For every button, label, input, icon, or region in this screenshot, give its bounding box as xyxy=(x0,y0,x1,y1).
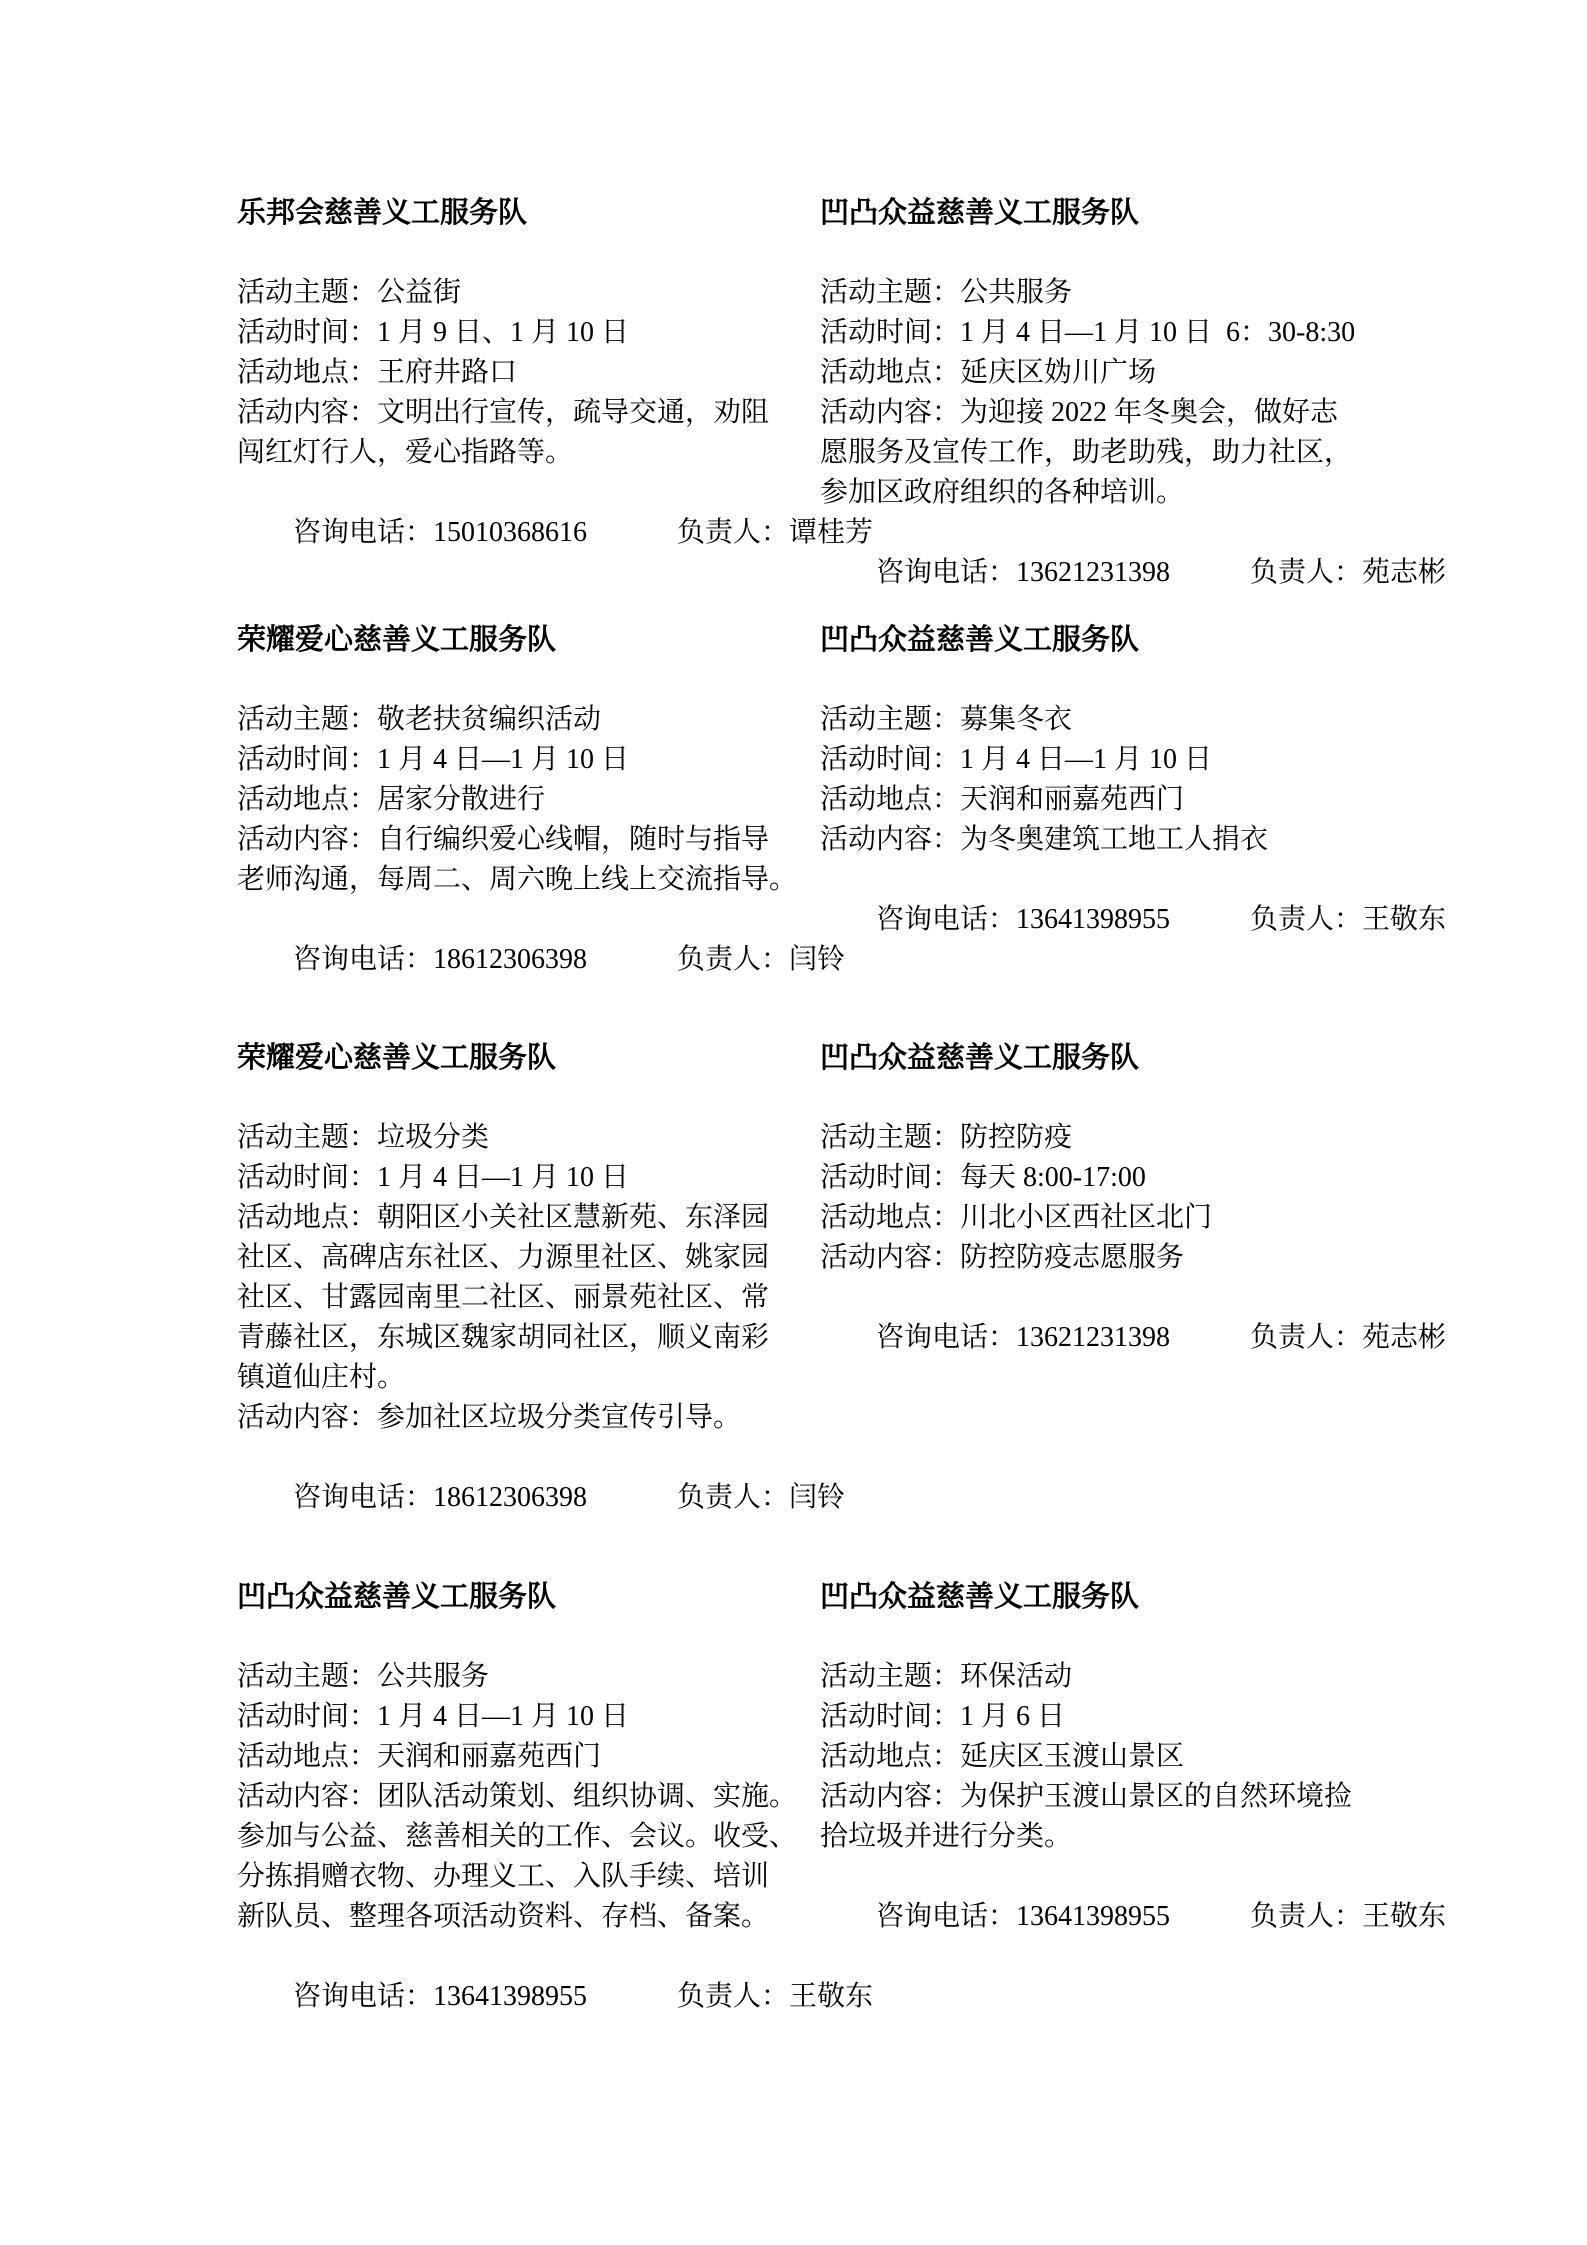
body-line: 社区、甘露园南里二社区、丽景苑社区、常 xyxy=(237,1278,845,1318)
contact-label: 负责人： xyxy=(1250,904,1362,935)
phone-group: 咨询电话：18612306398 xyxy=(237,900,587,1020)
body-line: 活动主题：环保活动 xyxy=(820,1657,1446,1697)
team-title: 荣耀爱心慈善义工服务队 xyxy=(237,620,845,660)
body-line: 老师沟通，每周二、周六晚上线上交流指导。 xyxy=(237,860,845,900)
block-body: 活动主题：敬老扶贫编织活动活动时间：1 月 4 日—1 月 10 日活动地点：居… xyxy=(237,700,845,900)
body-line: 新队员、整理各项活动资料、存档、备案。 xyxy=(237,1897,873,1937)
body-line: 活动地点：延庆区妫川广场 xyxy=(820,353,1446,393)
contact-label: 负责人： xyxy=(1250,557,1362,588)
phone-group: 咨询电话：13641398955 xyxy=(820,1857,1170,1977)
phone-number: 15010368616 xyxy=(433,517,587,548)
block-body: 活动主题：公益街活动时间：1 月 9 日、1 月 10 日活动地点：王府井路口活… xyxy=(237,273,873,473)
contact-group: 负责人：闫铃 xyxy=(621,900,845,1020)
contact-name: 王敬东 xyxy=(1362,904,1446,935)
contact-group: 负责人：苑志彬 xyxy=(1194,1278,1446,1398)
phone-label: 咨询电话： xyxy=(293,1981,433,2012)
phone-label: 咨询电话： xyxy=(876,1322,1016,1353)
team-title: 凹凸众益慈善义工服务队 xyxy=(820,1038,1446,1078)
phone-number: 18612306398 xyxy=(433,1482,587,1513)
block-body: 活动主题：垃圾分类活动时间：1 月 4 日—1 月 10 日活动地点：朝阳区小关… xyxy=(237,1118,845,1438)
block-body: 活动主题：公共服务活动时间：1 月 4 日—1 月 10 日 6：30-8:30… xyxy=(820,273,1446,513)
phone-label: 咨询电话： xyxy=(293,517,433,548)
contact-line: 咨询电话：13641398955 负责人：王敬东 xyxy=(237,1937,873,2057)
contact-label: 负责人： xyxy=(677,517,789,548)
team-title: 凹凸众益慈善义工服务队 xyxy=(820,193,1446,233)
service-team-block: 凹凸众益慈善义工服务队 活动主题：防控防疫活动时间：每天 8:00-17:00活… xyxy=(820,1038,1446,1398)
contact-label: 负责人： xyxy=(677,1981,789,2012)
block-body: 活动主题：募集冬衣活动时间：1 月 4 日—1 月 10 日活动地点：天润和丽嘉… xyxy=(820,700,1446,860)
contact-line: 咨询电话：13641398955 负责人：王敬东 xyxy=(820,1857,1446,1977)
block-body: 活动主题：公共服务活动时间：1 月 4 日—1 月 10 日活动地点：天润和丽嘉… xyxy=(237,1657,873,1937)
service-team-block: 乐邦会慈善义工服务队 活动主题：公益街活动时间：1 月 9 日、1 月 10 日… xyxy=(237,193,873,593)
body-line: 活动内容：为迎接 2022 年冬奥会，做好志 xyxy=(820,393,1446,433)
contact-line: 咨询电话：13641398955 负责人：王敬东 xyxy=(820,860,1446,980)
contact-line: 咨询电话：15010368616 负责人：谭桂芳 xyxy=(237,473,873,593)
body-line: 拾垃圾并进行分类。 xyxy=(820,1817,1446,1857)
body-line: 活动时间：1 月 6 日 xyxy=(820,1697,1446,1737)
body-line: 活动主题：公共服务 xyxy=(820,273,1446,313)
contact-label: 负责人： xyxy=(1250,1901,1362,1932)
service-team-block: 凹凸众益慈善义工服务队 活动主题：环保活动活动时间：1 月 6 日活动地点：延庆… xyxy=(820,1577,1446,1977)
body-line: 闯红灯行人，爱心指路等。 xyxy=(237,433,873,473)
body-line: 活动地点：川北小区西社区北门 xyxy=(820,1198,1446,1238)
team-title: 凹凸众益慈善义工服务队 xyxy=(237,1577,873,1617)
body-line: 活动主题：垃圾分类 xyxy=(237,1118,845,1158)
body-line: 活动时间：1 月 4 日—1 月 10 日 xyxy=(820,740,1446,780)
phone-number: 13621231398 xyxy=(1016,557,1170,588)
body-line: 活动内容：防控防疫志愿服务 xyxy=(820,1238,1446,1278)
body-line: 活动时间：1 月 4 日—1 月 10 日 xyxy=(237,740,845,780)
contact-name: 王敬东 xyxy=(789,1981,873,2012)
phone-group: 咨询电话：13621231398 xyxy=(820,513,1170,633)
contact-name: 闫铃 xyxy=(789,1482,845,1513)
team-title: 乐邦会慈善义工服务队 xyxy=(237,193,873,233)
phone-number: 13641398955 xyxy=(1016,1901,1170,1932)
body-line: 活动主题：公共服务 xyxy=(237,1657,873,1697)
contact-label: 负责人： xyxy=(677,944,789,975)
body-line: 活动内容：自行编织爱心线帽，随时与指导 xyxy=(237,820,845,860)
body-line: 活动时间：1 月 4 日—1 月 10 日 xyxy=(237,1158,845,1198)
body-line: 活动内容：为冬奥建筑工地工人捐衣 xyxy=(820,820,1446,860)
body-line: 愿服务及宣传工作，助老助残，助力社区， xyxy=(820,433,1446,473)
phone-number: 18612306398 xyxy=(433,944,587,975)
body-line: 活动地点：朝阳区小关社区慧新苑、东泽园 xyxy=(237,1198,845,1238)
phone-label: 咨询电话： xyxy=(293,1482,433,1513)
body-line: 活动时间：1 月 9 日、1 月 10 日 xyxy=(237,313,873,353)
contact-name: 苑志彬 xyxy=(1362,557,1446,588)
contact-group: 负责人：王敬东 xyxy=(1194,860,1446,980)
body-line: 参加区政府组织的各种培训。 xyxy=(820,473,1446,513)
phone-number: 13641398955 xyxy=(433,1981,587,2012)
body-line: 青藤社区，东城区魏家胡同社区，顺义南彩 xyxy=(237,1318,845,1358)
body-line: 活动时间：1 月 4 日—1 月 10 日 xyxy=(237,1697,873,1737)
body-line: 社区、高碑店东社区、力源里社区、姚家园 xyxy=(237,1238,845,1278)
team-title: 凹凸众益慈善义工服务队 xyxy=(820,620,1446,660)
phone-group: 咨询电话：13641398955 xyxy=(237,1937,587,2057)
body-line: 活动主题：公益街 xyxy=(237,273,873,313)
team-title: 荣耀爱心慈善义工服务队 xyxy=(237,1038,845,1078)
body-line: 活动主题：敬老扶贫编织活动 xyxy=(237,700,845,740)
phone-group: 咨询电话：18612306398 xyxy=(237,1438,587,1558)
contact-name: 苑志彬 xyxy=(1362,1322,1446,1353)
body-line: 镇道仙庄村。 xyxy=(237,1358,845,1398)
body-line: 活动内容：团队活动策划、组织协调、实施。 xyxy=(237,1777,873,1817)
contact-line: 咨询电话：13621231398 负责人：苑志彬 xyxy=(820,513,1446,633)
body-line: 参加与公益、慈善相关的工作、会议。收受、 xyxy=(237,1817,873,1857)
body-line: 活动主题：防控防疫 xyxy=(820,1118,1446,1158)
contact-line: 咨询电话：18612306398 负责人：闫铃 xyxy=(237,900,845,1020)
body-line: 活动时间：每天 8:00-17:00 xyxy=(820,1158,1446,1198)
service-team-block: 凹凸众益慈善义工服务队 活动主题：募集冬衣活动时间：1 月 4 日—1 月 10… xyxy=(820,620,1446,980)
service-team-block: 荣耀爱心慈善义工服务队 活动主题：敬老扶贫编织活动活动时间：1 月 4 日—1 … xyxy=(237,620,845,1020)
contact-group: 负责人：闫铃 xyxy=(621,1438,845,1558)
phone-label: 咨询电话： xyxy=(876,1901,1016,1932)
body-line: 活动地点：居家分散进行 xyxy=(237,780,845,820)
phone-label: 咨询电话： xyxy=(876,904,1016,935)
contact-line: 咨询电话：18612306398 负责人：闫铃 xyxy=(237,1438,845,1558)
document-page: 乐邦会慈善义工服务队 活动主题：公益街活动时间：1 月 9 日、1 月 10 日… xyxy=(0,0,1587,2245)
block-body: 活动主题：防控防疫活动时间：每天 8:00-17:00活动地点：川北小区西社区北… xyxy=(820,1118,1446,1278)
service-team-block: 荣耀爱心慈善义工服务队 活动主题：垃圾分类活动时间：1 月 4 日—1 月 10… xyxy=(237,1038,845,1558)
team-title: 凹凸众益慈善义工服务队 xyxy=(820,1577,1446,1617)
service-team-block: 凹凸众益慈善义工服务队 活动主题：公共服务活动时间：1 月 4 日—1 月 10… xyxy=(237,1577,873,2057)
contact-line: 咨询电话：13621231398 负责人：苑志彬 xyxy=(820,1278,1446,1398)
body-line: 活动地点：延庆区玉渡山景区 xyxy=(820,1737,1446,1777)
contact-group: 负责人：王敬东 xyxy=(1194,1857,1446,1977)
body-line: 分拣捐赠衣物、办理义工、入队手续、培训 xyxy=(237,1857,873,1897)
phone-label: 咨询电话： xyxy=(876,557,1016,588)
contact-label: 负责人： xyxy=(1250,1322,1362,1353)
contact-label: 负责人： xyxy=(677,1482,789,1513)
body-line: 活动内容：文明出行宣传，疏导交通，劝阻 xyxy=(237,393,873,433)
body-line: 活动时间：1 月 4 日—1 月 10 日 6：30-8:30 xyxy=(820,313,1446,353)
phone-number: 13621231398 xyxy=(1016,1322,1170,1353)
phone-number: 13641398955 xyxy=(1016,904,1170,935)
body-line: 活动地点：天润和丽嘉苑西门 xyxy=(237,1737,873,1777)
contact-group: 负责人：苑志彬 xyxy=(1194,513,1446,633)
body-line: 活动地点：天润和丽嘉苑西门 xyxy=(820,780,1446,820)
phone-group: 咨询电话：15010368616 xyxy=(237,473,587,593)
contact-name: 王敬东 xyxy=(1362,1901,1446,1932)
body-line: 活动内容：参加社区垃圾分类宣传引导。 xyxy=(237,1398,845,1438)
body-line: 活动主题：募集冬衣 xyxy=(820,700,1446,740)
service-team-block: 凹凸众益慈善义工服务队 活动主题：公共服务活动时间：1 月 4 日—1 月 10… xyxy=(820,193,1446,633)
body-line: 活动内容：为保护玉渡山景区的自然环境捡 xyxy=(820,1777,1446,1817)
block-body: 活动主题：环保活动活动时间：1 月 6 日活动地点：延庆区玉渡山景区活动内容：为… xyxy=(820,1657,1446,1857)
phone-label: 咨询电话： xyxy=(293,944,433,975)
phone-group: 咨询电话：13641398955 xyxy=(820,860,1170,980)
body-line: 活动地点：王府井路口 xyxy=(237,353,873,393)
phone-group: 咨询电话：13621231398 xyxy=(820,1278,1170,1398)
